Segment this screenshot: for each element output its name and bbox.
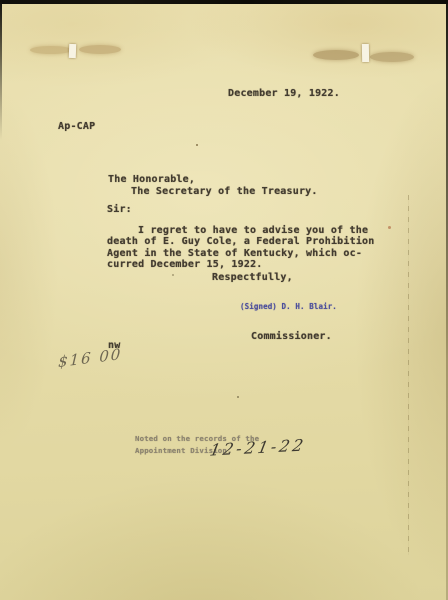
staple-stain-left (79, 45, 121, 54)
recipient-line-1: The Honorable, (108, 174, 195, 185)
file-reference: Ap-CAP (58, 121, 95, 132)
paper-speck (196, 144, 198, 146)
paper-speck (237, 396, 239, 398)
body-line-1: I regret to have to advise you of the (138, 225, 368, 236)
staple-stain-right (313, 50, 359, 60)
body-line-4: curred December 15, 1922. (107, 259, 263, 270)
staple-left (69, 44, 76, 58)
body-line-3: Agent in the State of Kentucky, which oc… (107, 248, 362, 259)
paper-speck (388, 226, 391, 229)
date-line: December 19, 1922. (228, 88, 340, 99)
fold-crease (408, 195, 409, 555)
signature-title: Commissioner. (251, 331, 332, 342)
salutation: Sir: (107, 204, 132, 215)
handwritten-amount: $16 00 (58, 345, 123, 371)
recipient-line-2: The Secretary of the Treasury. (131, 186, 318, 197)
staple-right (362, 44, 369, 62)
page-top-edge (0, 0, 448, 4)
closing: Respectfully, (212, 272, 293, 283)
staple-stain-right (370, 52, 414, 62)
staple-stain-left (30, 46, 72, 54)
handwritten-date: 12-21-22 (208, 435, 307, 459)
signature-stamp: (Signed) D. H. Blair. (240, 302, 337, 311)
letter-scan: December 19, 1922. Ap-CAP The Honorable,… (0, 0, 448, 600)
page-left-edge (0, 0, 2, 140)
paper-speck (172, 274, 174, 276)
body-line-2: death of E. Guy Cole, a Federal Prohibit… (107, 236, 374, 247)
